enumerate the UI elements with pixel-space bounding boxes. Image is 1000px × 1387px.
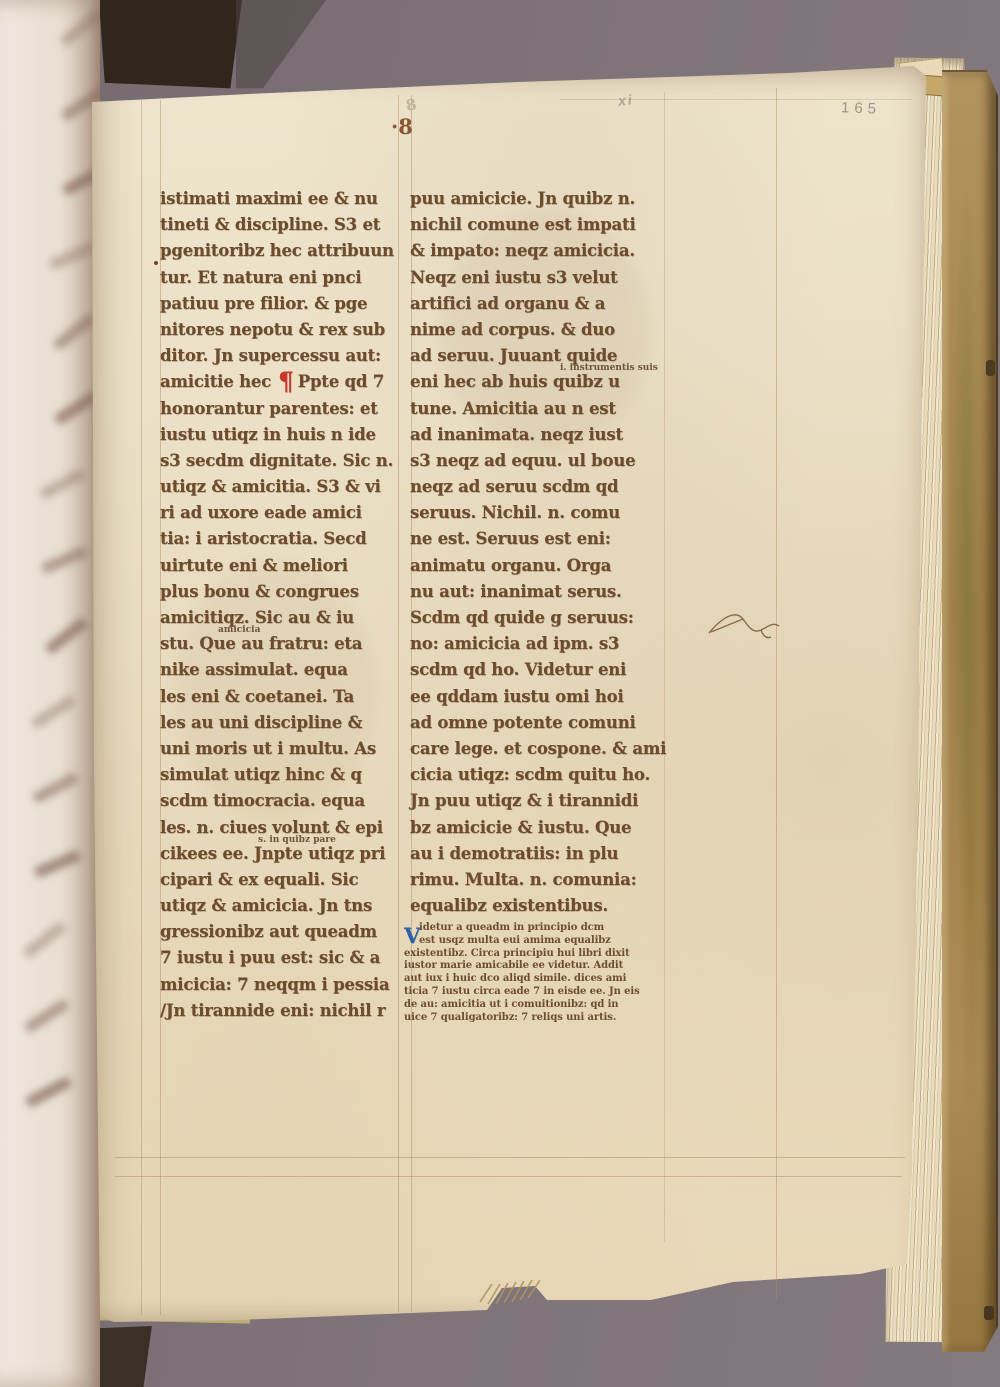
text-line: patiuu pre filior. & pge	[160, 291, 396, 317]
text-line: tur. Et natura eni pnci	[160, 265, 396, 291]
text-line: stu. Que au fratru: eta	[160, 631, 396, 657]
text-line: Neqz eni iustu s3 velut	[410, 265, 668, 291]
gloss-line: iustor marie amicabile ee videtur. Addit	[404, 960, 672, 973]
text-line: ad inanimata. neqz iust	[410, 422, 668, 448]
text-line: honorantur parentes: et	[160, 396, 396, 422]
text-line: scdm timocracia. equa	[160, 788, 396, 814]
blurred-text-stroke	[52, 313, 97, 351]
text-line: les eni & coetanei. Ta	[160, 684, 396, 710]
text-line: puu amicicie. Jn quibz n.	[410, 186, 668, 212]
clasp-remnant	[986, 360, 995, 376]
paragraph-mark: ¶	[278, 369, 294, 395]
gloss-block: idetur a queadm in principio dcmest usqz…	[404, 922, 672, 1024]
text-line: /Jn tirannide eni: nichil r	[160, 998, 396, 1024]
tear-repair-stitching	[472, 1268, 564, 1314]
text-line: artifici ad organu & a	[410, 291, 668, 317]
ruling-line	[776, 88, 777, 1300]
text-line: 7 iustu i puu est: sic & a	[160, 945, 396, 971]
ruling-line	[141, 100, 142, 1315]
text-line: nike assimulat. equa	[160, 657, 396, 683]
gloss-line: existentibz. Circa principiu hui libri d…	[404, 948, 672, 961]
text-line: nitores nepotu & rex sub	[160, 317, 396, 343]
blurred-text-stroke	[59, 9, 100, 47]
ink-fleck	[154, 261, 158, 265]
ruling-line	[115, 1157, 905, 1158]
text-line: ad omne potente comuni	[410, 710, 668, 736]
interlinear-gloss: amicicia	[218, 625, 260, 635]
text-line: uirtute eni & meliori	[160, 553, 396, 579]
text-line: au i demotratiis: in plu	[410, 841, 668, 867]
ruling-line	[398, 95, 399, 1312]
gloss-line: ticia 7 iustu circa eade 7 in eisde ee. …	[404, 986, 672, 999]
text-line: ee qddam iustu omi hoi	[410, 684, 668, 710]
blurred-text-stroke	[41, 546, 89, 575]
text-line: tia: i aristocratia. Secd	[160, 526, 396, 552]
text-line: uni moris ut i multu. As	[160, 736, 396, 762]
text-line: s3 secdm dignitate. Sic n.	[160, 448, 396, 474]
text-line: iustu utiqz in huis n ide	[160, 422, 396, 448]
blurred-text-stroke	[22, 921, 67, 959]
text-line: bz amicicie & iustu. Que	[410, 815, 668, 841]
text-line: simulat utiqz hinc & q	[160, 762, 396, 788]
text-line: istimati maximi ee & nu	[160, 186, 396, 212]
nota-mark	[703, 602, 787, 644]
text-line: amicitiqz. Sic au & iu	[160, 605, 396, 631]
text-line: cipari & ex equali. Sic	[160, 867, 396, 893]
blurred-text-stroke	[23, 998, 69, 1033]
text-line: amicitie hec¶Ppte qd 7	[160, 369, 396, 395]
binding-board	[942, 70, 998, 1352]
text-line: scdm qd ho. Videtur eni	[410, 657, 668, 683]
photo-background: ·8 8 xi 165 istimati maximi ee & nutinet…	[0, 0, 1000, 1387]
clasp-remnant-2	[984, 1306, 994, 1320]
blurred-text-stroke	[24, 1076, 72, 1108]
blurred-text-stroke	[48, 242, 96, 271]
text-line: utiqz & amicitia. S3 & vi	[160, 474, 396, 500]
text-line: micicia: 7 neqqm i pessia	[160, 972, 396, 998]
blurred-text-stroke	[44, 617, 89, 655]
text-line: & impato: neqz amicicia.	[410, 238, 668, 264]
text-line: equalibz existentibus.	[410, 893, 668, 919]
gloss-line: uice 7 qualigatoribz: 7 reliqs uni artis…	[404, 1012, 672, 1025]
text-line: gressionibz aut queadm	[160, 919, 396, 945]
text-line: no: amicicia ad ipm. s3	[410, 631, 668, 657]
interlinear-gloss: s. in quibz pare	[258, 835, 336, 845]
interlinear-gloss: i. instrumentis suis	[560, 363, 658, 373]
text-line: care lege. et cospone. & ami	[410, 736, 668, 762]
gloss-line: idetur a queadm in principio dcm	[404, 922, 672, 935]
text-line: cicia utiqz: scdm quitu ho.	[410, 762, 668, 788]
quire-mark: ·8	[391, 114, 413, 139]
text-line: nu aut: inanimat serus.	[410, 579, 668, 605]
text-line: rimu. Multa. n. comunia:	[410, 867, 668, 893]
text-line: plus bonu & congrues	[160, 579, 396, 605]
text-line: nichil comune est impati	[410, 212, 668, 238]
binding-shadow-top-2	[236, 0, 326, 90]
text-line: nime ad corpus. & duo	[410, 317, 668, 343]
column-left: istimati maximi ee & nutineti & discipli…	[160, 186, 396, 1024]
binding-shadow-top	[96, 0, 242, 92]
gloss-line: de au: amicitia ut i comuitionibz: qd in	[404, 999, 672, 1012]
blurred-text-stroke	[32, 772, 80, 804]
text-line: neqz ad seruu scdm qd	[410, 474, 668, 500]
blurred-text-stroke	[30, 694, 76, 729]
blurred-text-stroke	[53, 390, 99, 425]
text-line: tune. Amicitia au n est	[410, 396, 668, 422]
gloss-line: est usqz multa eui amima equalibz	[404, 935, 672, 948]
text-line: animatu organu. Orga	[410, 553, 668, 579]
column-right: puu amicicie. Jn quibz n.nichil comune e…	[410, 186, 668, 919]
text-line: Jn puu utiqz & i tirannidi	[410, 788, 668, 814]
text-line: Scdm qd quide g seruus:	[410, 605, 668, 631]
text-line: utiqz & amicicia. Jn tns	[160, 893, 396, 919]
blurred-text-stroke	[39, 468, 87, 500]
blurred-text-stroke	[33, 850, 81, 879]
text-line: pgenitoribz hec attribuun	[160, 238, 396, 264]
text-line: s3 neqz ad equu. ul boue	[410, 448, 668, 474]
text-line: seruus. Nichil. n. comu	[410, 500, 668, 526]
text-line: ri ad uxore eade amici	[160, 500, 396, 526]
text-line: ditor. Jn supercessu aut:	[160, 343, 396, 369]
pencil-mark: xi	[617, 91, 634, 109]
gloss-line: aut iux i huic dco aliqd simile. dices a…	[404, 973, 672, 986]
facing-page-edge	[0, 0, 100, 1387]
folio-number: 165	[841, 99, 882, 117]
text-line: tineti & discipline. S3 et	[160, 212, 396, 238]
text-line: ne est. Seruus est eni:	[410, 526, 668, 552]
ruling-line	[115, 1176, 902, 1177]
text-line: les au uni discipline &	[160, 710, 396, 736]
